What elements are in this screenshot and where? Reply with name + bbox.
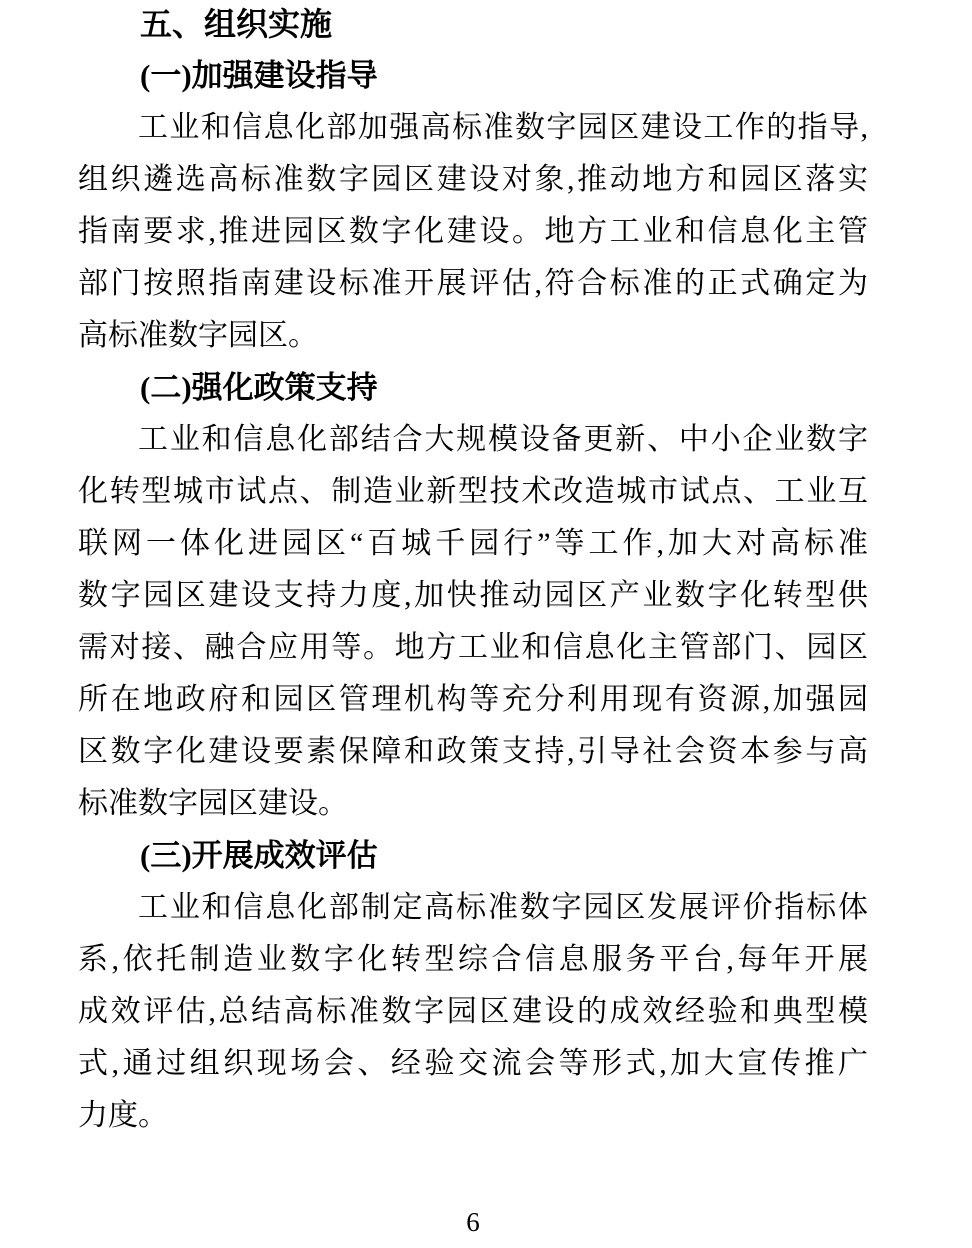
paragraph-line: 所在地政府和园区管理机构等充分利用现有资源,加强园 — [78, 674, 868, 726]
paragraph-line: 式,通过组织现场会、经验交流会等形式,加大宣传推广 — [78, 1038, 868, 1090]
paragraph-line: 数字园区建设支持力度,加快推动园区产业数字化转型供 — [78, 570, 868, 622]
subsection-heading-2: (二)强化政策支持 — [78, 362, 868, 414]
paragraph-line: 化转型城市试点、制造业新型技术改造城市试点、工业互 — [78, 466, 868, 518]
paragraph-line: 区数字化建设要素保障和政策支持,引导社会资本参与高 — [78, 726, 868, 778]
paragraph-line: 系,依托制造业数字化转型综合信息服务平台,每年开展 — [78, 934, 868, 986]
document-content: 五、组织实施 (一)加强建设指导 工业和信息化部加强高标准数字园区建设工作的指导… — [78, 0, 868, 1142]
page-number: 6 — [78, 1206, 868, 1238]
paragraph-line: 指南要求,推进园区数字化建设。地方工业和信息化主管 — [78, 206, 868, 258]
document-page: 五、组织实施 (一)加强建设指导 工业和信息化部加强高标准数字园区建设工作的指导… — [0, 0, 972, 1248]
subsection-heading-1: (一)加强建设指导 — [78, 50, 868, 102]
subsection-heading-3: (三)开展成效评估 — [78, 830, 868, 882]
section-heading: 五、组织实施 — [78, 0, 868, 50]
paragraph-line: 成效评估,总结高标准数字园区建设的成效经验和典型模 — [78, 986, 868, 1038]
paragraph-line: 工业和信息化部制定高标准数字园区发展评价指标体 — [78, 882, 868, 934]
paragraph-line: 标准数字园区建设。 — [78, 778, 868, 830]
paragraph-line: 组织遴选高标准数字园区建设对象,推动地方和园区落实 — [78, 154, 868, 206]
paragraph-line: 工业和信息化部加强高标准数字园区建设工作的指导, — [78, 102, 868, 154]
paragraph-line: 高标准数字园区。 — [78, 310, 868, 362]
paragraph-line: 联网一体化进园区“百城千园行”等工作,加大对高标准 — [78, 518, 868, 570]
paragraph-line: 工业和信息化部结合大规模设备更新、中小企业数字 — [78, 414, 868, 466]
paragraph-line: 力度。 — [78, 1090, 868, 1142]
paragraph-line: 部门按照指南建设标准开展评估,符合标准的正式确定为 — [78, 258, 868, 310]
paragraph-line: 需对接、融合应用等。地方工业和信息化主管部门、园区 — [78, 622, 868, 674]
